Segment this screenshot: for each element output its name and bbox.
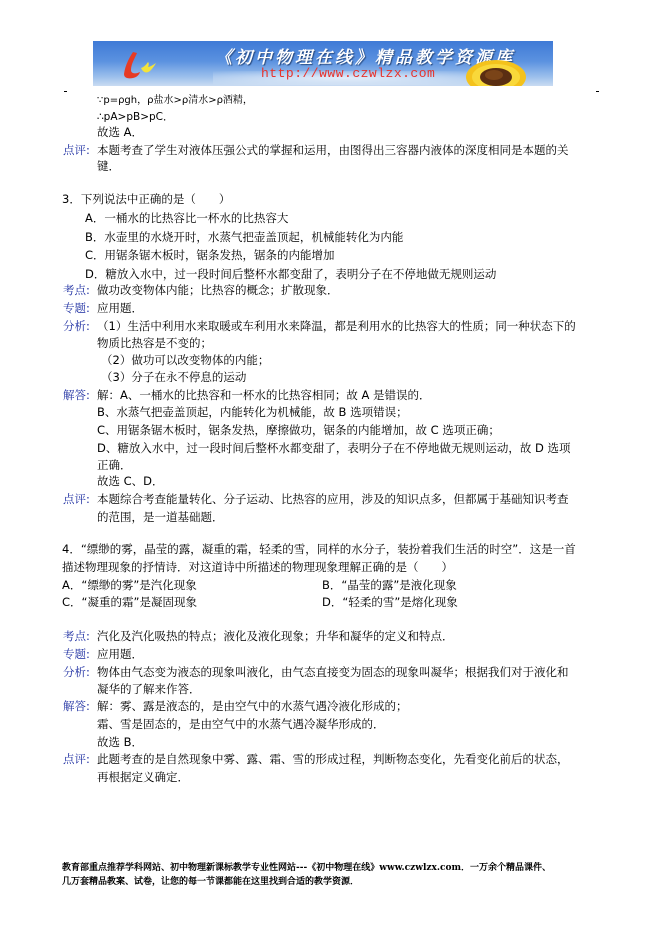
q3-zhuanti: 应用题． — [97, 301, 143, 315]
q2-comment: 键． — [97, 159, 120, 173]
q4-kaodian-label: 考点: — [63, 629, 90, 643]
q3-fenxi: （2）做功可以改变物体的内能； — [101, 353, 269, 367]
crop-mark — [64, 91, 67, 92]
option-text: “轻柔的雪”是熔化现象 — [342, 595, 457, 609]
option-text: 水壶里的水烧开时，水蒸气把壶盖顶起，机械能转化为内能 — [104, 230, 403, 244]
q2-comment: 本题考查了学生对液体压强公式的掌握和运用，由图得出三容器内液体的深度相同是本题的… — [97, 143, 569, 157]
option-text: “凝重的霜”是凝固现象 — [82, 595, 197, 609]
option-letter: D． — [322, 595, 342, 609]
option-letter: D． — [85, 267, 105, 281]
q3-kaodian: 做功改变物体内能；比热容的概念；扩散现象． — [97, 283, 339, 297]
q3-stem: 3．下列说法中正确的是（ ） — [62, 192, 230, 206]
q4-jieda: 解：雾、露是液态的，是由空气中的水蒸气遇冷液化形成的； — [97, 699, 408, 713]
footer-line: 教育部重点推荐学科网站、初中物理新课标教学专业性网站---《初中物理在线》www… — [62, 862, 551, 875]
banner-url[interactable]: http://www.czwlzx.com — [261, 66, 435, 81]
q4-option-d[interactable]: D．“轻柔的雪”是熔化现象 — [322, 595, 458, 609]
q4-option-c[interactable]: C．“凝重的霜”是凝固现象 — [62, 595, 197, 609]
q4-dianping-label: 点评: — [63, 752, 90, 766]
option-letter: C． — [62, 595, 82, 609]
q3-option-c[interactable]: C．用锯条锯木板时，锯条发热，锯条的内能增加 — [85, 248, 335, 262]
q3-option-b[interactable]: B．水壶里的水烧开时，水蒸气把壶盖顶起，机械能转化为内能 — [85, 230, 403, 244]
q3-dianping-label: 点评: — [63, 492, 90, 506]
option-text: “缥缈的雾”是汽化现象 — [81, 578, 196, 592]
q4-kaodian: 汽化及汽化吸热的特点；液化及液化现象；升华和凝华的定义和特点． — [97, 629, 454, 643]
q3-zhuanti-label: 专题: — [63, 301, 90, 315]
sunflower-icon — [465, 57, 527, 86]
q4-zhuanti-label: 专题: — [63, 647, 90, 661]
q3-option-a[interactable]: A．一桶水的比热容比一杯水的比热容大 — [85, 211, 288, 225]
q4-fenxi-label: 分析: — [63, 665, 90, 679]
q2-formula: ∵p=ρgh，ρ盐水>ρ清水>ρ酒精， — [97, 94, 253, 108]
option-text: 一桶水的比热容比一杯水的比热容大 — [104, 211, 288, 225]
q4-stem: 4．“缥缈的雾，晶莹的露，凝重的霜，轻柔的雪，同样的水分子，装扮着我们生活的时空… — [62, 542, 576, 556]
option-letter: B． — [85, 230, 104, 244]
option-text: 用锯条锯木板时，锯条发热，锯条的内能增加 — [105, 248, 335, 262]
q3-jieda: 故选 C、D． — [97, 474, 164, 488]
option-letter: A． — [62, 578, 81, 592]
q4-jieda: 霜、雪是固态的，是由空气中的水蒸气遇冷凝华形成的． — [97, 717, 385, 731]
q3-option-d[interactable]: D．糖放入水中，过一段时间后整杯水都变甜了，表明分子在不停地做无规则运动 — [85, 267, 496, 281]
q4-jieda: 故选 B． — [97, 735, 143, 749]
header-banner: 《初中物理在线》精品教学资源库 http://www.czwlzx.com — [93, 41, 553, 86]
q3-jieda: 正确． — [97, 458, 132, 472]
site-logo-icon — [119, 50, 159, 82]
q3-jieda: D、糖放入水中，过一段时间后整杯水都变甜了，表明分子在不停地做无规则运动，故 D… — [97, 441, 571, 455]
q3-fenxi-label: 分析: — [63, 319, 90, 333]
q3-dianping: 的范围，是一道基础题． — [97, 510, 224, 524]
q4-dianping: 此题考查的是自然现象中雾、露、霜、雪的形成过程，判断物态变化，先看变化前后的状态… — [97, 752, 569, 766]
q3-fenxi: （1）生活中利用水来取暖或车利用水来降温，都是利用水的比热容大的性质；同一种状态… — [97, 319, 576, 333]
option-text: 糖放入水中，过一段时间后整杯水都变甜了，表明分子在不停地做无规则运动 — [105, 267, 496, 281]
q4-dianping: 再根据定义确定． — [97, 770, 189, 784]
q4-option-b[interactable]: B．“晶莹的露”是液化现象 — [322, 578, 457, 592]
q4-jieda-label: 解答: — [63, 699, 90, 713]
q2-inequality: ∴pA>pB>pC． — [97, 110, 174, 124]
q4-stem: 描述物理现象的抒情诗．对这道诗中所描述的物理现象理解正确的是（ ） — [62, 560, 453, 574]
q3-fenxi: 物质比热容是不变的； — [97, 336, 212, 350]
option-letter: B． — [322, 578, 341, 592]
q4-fenxi: 物体由气态变为液态的现象叫液化，由气态直接变为固态的现象叫凝华；根据我们对于液化… — [97, 665, 569, 679]
option-letter: A． — [85, 211, 104, 225]
q3-kaodian-label: 考点: — [63, 283, 90, 297]
q2-comment-label: 点评: — [63, 143, 90, 157]
q3-fenxi: （3）分子在永不停息的运动 — [101, 370, 246, 384]
q4-zhuanti: 应用题． — [97, 647, 143, 661]
crop-mark — [596, 91, 599, 92]
option-letter: C． — [85, 248, 105, 262]
q3-jieda: 解：A、一桶水的比热容和一杯水的比热容相同；故 A 是错误的． — [97, 388, 431, 402]
option-text: “晶莹的露”是液化现象 — [341, 578, 456, 592]
q4-fenxi: 凝华的了解来作答． — [97, 682, 201, 696]
q3-jieda-label: 解答: — [63, 388, 90, 402]
q3-dianping: 本题综合考查能量转化、分子运动、比热容的应用，涉及的知识点多，但都属于基础知识考… — [97, 492, 569, 506]
q4-option-a[interactable]: A．“缥缈的雾”是汽化现象 — [62, 578, 197, 592]
q3-jieda: B、水蒸气把壶盖顶起，内能转化为机械能，故 B 选项错误； — [97, 405, 408, 419]
q2-answer: 故选 A． — [97, 125, 143, 139]
footer-line: 几万套精品教案、试卷，让您的每一节课都能在这里找到合适的教学资源． — [62, 876, 359, 889]
q3-jieda: C、用锯条锯木板时，锯条发热，摩擦做功，锯条的内能增加，故 C 选项正确； — [97, 423, 500, 437]
